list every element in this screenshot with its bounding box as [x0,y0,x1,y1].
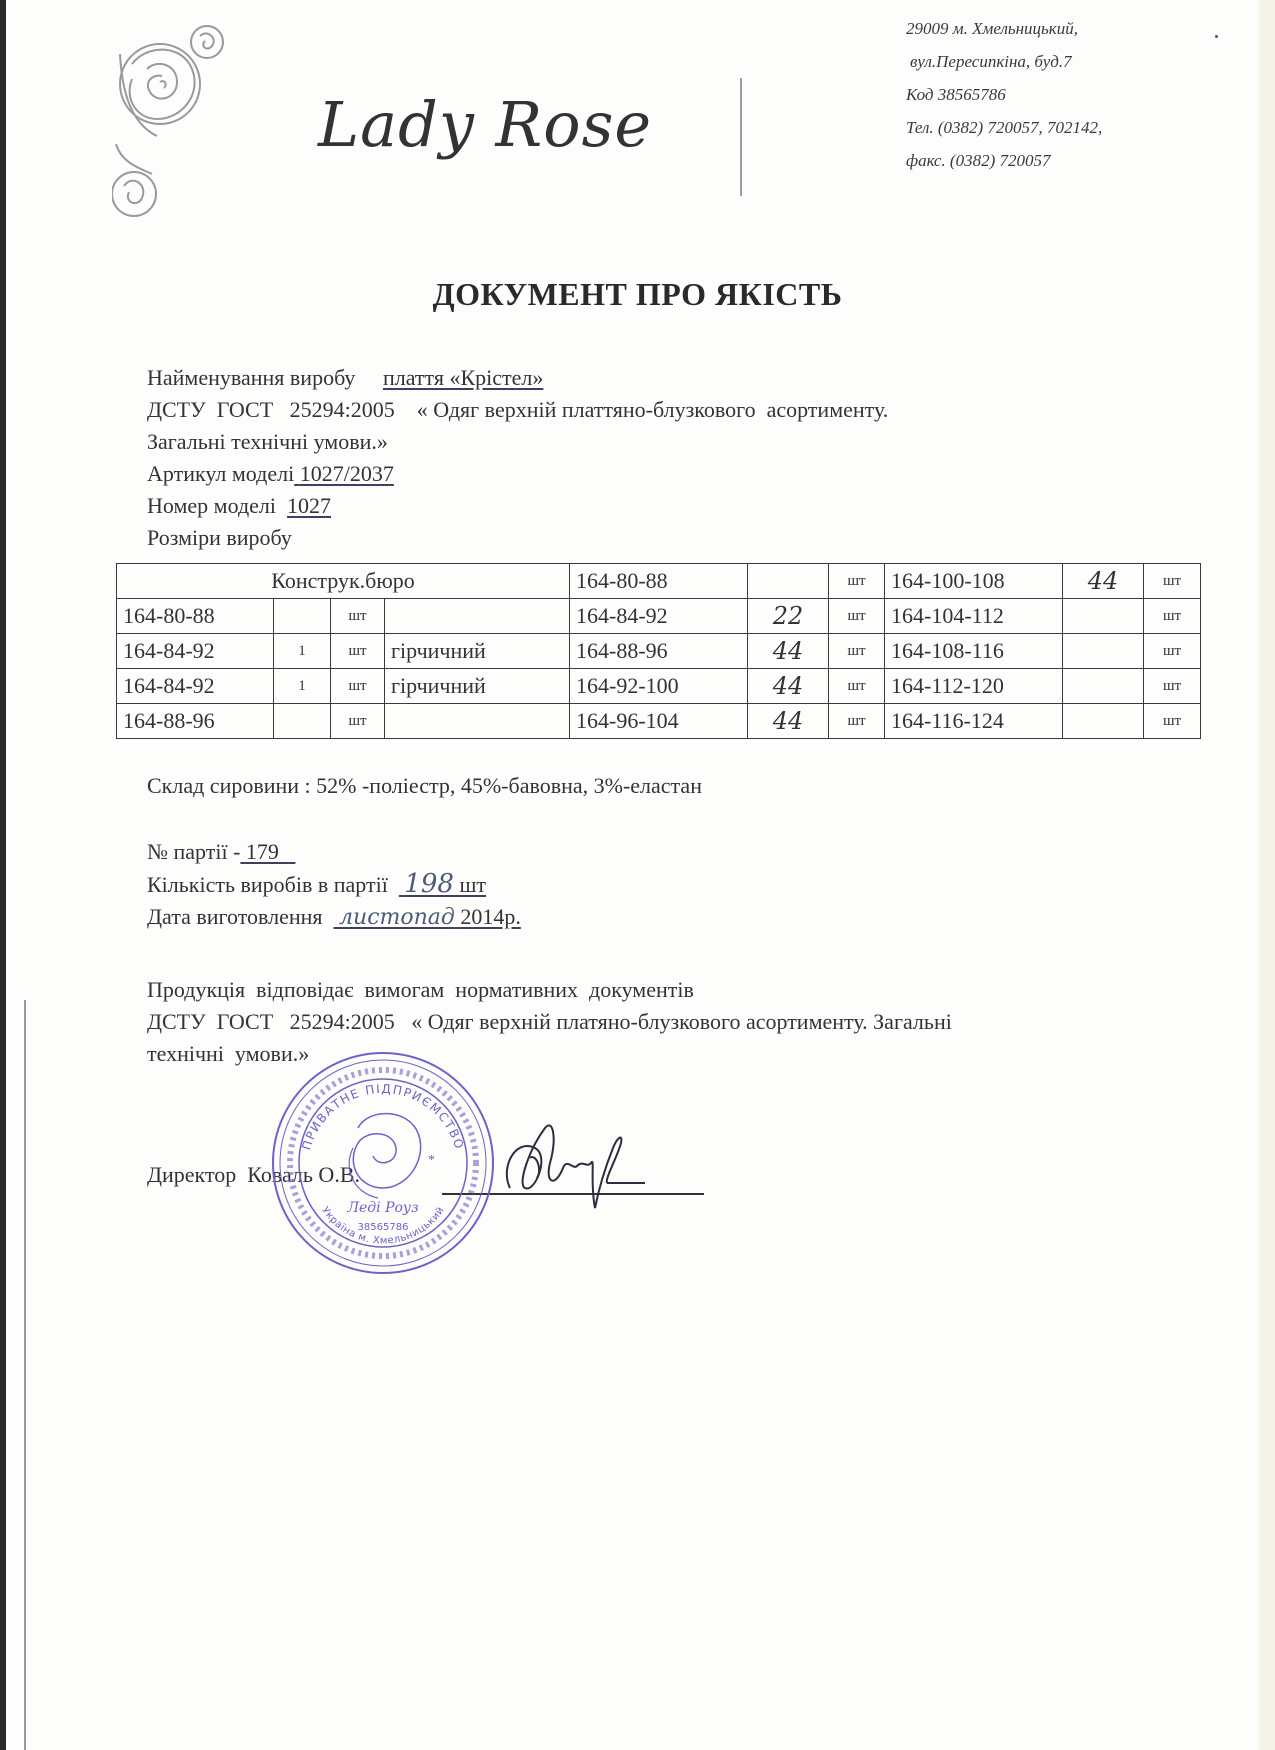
compliance-line-2: ДСТУ ГОСТ 25294:2005 « Одяг верхній плат… [147,1006,952,1038]
table-row: 164-88-96шт164-96-10444шт164-116-124шт [117,704,1201,739]
quantity-cell [1063,669,1144,704]
company-stamp: ПРИВАТНЕ ПІДПРИЄМСТВО Леді Роуз 38565786… [268,1048,498,1278]
company-logo: Lady Rose [318,88,652,161]
manufacture-date-value: листопад 2014р. [334,904,521,929]
sizes-label: Розміри виробу [147,522,888,554]
standard-line-2: Загальні технічні умови.» [147,426,888,458]
quantity-cell: 44 [748,634,829,669]
model-number-label: Номер моделі [147,493,276,518]
address-line-1: 29009 м. Хмельницький, [906,12,1102,45]
size-cell: 164-116-124 [885,704,1063,739]
table-row: 164-84-921штгірчичний164-92-10044шт164-1… [117,669,1201,704]
table-row: 164-84-921штгірчичний164-88-9644шт164-10… [117,634,1201,669]
company-info: 29009 м. Хмельницький, вул.Пересипкіна, … [906,12,1102,177]
quantity-cell: 1 [274,634,331,669]
quantity-cell [1063,634,1144,669]
quantity-cell [1063,599,1144,634]
quantity-cell: 44 [748,669,829,704]
batch-count-row: Кількість виробів в партії 198 шт [147,868,521,901]
stamp-center-text: Леді Роуз [346,1200,418,1216]
quantity-cell [274,599,331,634]
unit-cell: шт [1144,669,1201,704]
size-cell: 164-100-108 [885,564,1063,599]
quantity-cell [1063,704,1144,739]
manufacture-date-label: Дата виготовлення [147,904,323,929]
scan-edge [0,0,6,1750]
quantity-cell: 22 [748,599,829,634]
quantity-cell [274,704,331,739]
product-name-label: Найменування виробу [147,365,355,390]
company-code: Код 38565786 [906,78,1102,111]
scan-edge-right [1259,0,1275,1750]
size-cell: 164-112-120 [885,669,1063,704]
table-row: Конструк.бюро164-80-88шт164-100-10844шт [117,564,1201,599]
size-cell: 164-80-88 [570,564,748,599]
batch-number-row: № партії - 179 [147,836,521,868]
model-number-value: 1027 [287,493,331,518]
size-cell: 164-96-104 [570,704,748,739]
batch-count-label: Кількість виробів в партії [147,872,388,897]
color-cell: гірчичний [385,669,570,704]
quantity-cell [748,564,829,599]
quantity-cell: 1 [274,669,331,704]
header-divider [740,78,742,196]
unit-cell: шт [829,564,885,599]
unit-cell: шт [331,634,385,669]
document-title: ДОКУМЕНТ ПРО ЯКІСТЬ [0,276,1275,313]
unit-cell: шт [1144,564,1201,599]
address-line-2: вул.Пересипкіна, буд.7 [906,45,1102,78]
unit-cell: шт [829,669,885,704]
product-info: Найменування виробу плаття «Крістел» ДСТ… [147,362,888,554]
unit-cell: шт [1144,704,1201,739]
table-row: 164-80-88шт164-84-9222шт164-104-112шт [117,599,1201,634]
unit-cell: шт [829,599,885,634]
signatory-position: Директор [147,1162,236,1187]
size-cell: 164-88-96 [117,704,274,739]
batch-number-value: 179 [240,839,295,864]
size-cell: 164-108-116 [885,634,1063,669]
size-cell: 164-84-92 [117,634,274,669]
color-cell [385,599,570,634]
unit-cell: шт [331,704,385,739]
unit-cell: шт [331,669,385,704]
stamp-code: 38565786 [358,1222,409,1233]
quantity-cell: 44 [1063,564,1144,599]
unit-cell: шт [1144,634,1201,669]
article-row: Артикул моделі 1027/2037 [147,458,888,490]
product-name-row: Найменування виробу плаття «Крістел» [147,362,888,394]
company-fax: факс. (0382) 720057 [906,144,1102,177]
handwritten-signature-icon [495,1108,655,1218]
compliance-line-1: Продукція відповідає вимогам нормативних… [147,974,952,1006]
batch-count-value: 198 шт [399,872,486,897]
svg-text:*: * [428,1153,435,1168]
rose-ornament-icon [112,24,232,244]
size-cell: 164-84-92 [570,599,748,634]
article-label: Артикул моделі [147,461,294,486]
product-name-value: плаття «Крістел» [383,365,543,390]
model-number-row: Номер моделі 1027 [147,490,888,522]
standard-line-1: ДСТУ ГОСТ 25294:2005 « Одяг верхній плат… [147,394,888,426]
unit-cell: шт [331,599,385,634]
color-cell: гірчичний [385,634,570,669]
company-phone: Тел. (0382) 720057, 702142, [906,111,1102,144]
size-cell: 164-92-100 [570,669,748,704]
unit-cell: шт [829,704,885,739]
unit-cell: шт [1144,599,1201,634]
batch-number-label: № партії - [147,839,240,864]
size-table: Конструк.бюро164-80-88шт164-100-10844шт1… [116,563,1201,739]
article-value: 1027/2037 [294,461,394,486]
color-cell [385,704,570,739]
scan-edge-line [24,1000,26,1750]
size-cell: 164-84-92 [117,669,274,704]
unit-cell: шт [829,634,885,669]
size-cell: 164-104-112 [885,599,1063,634]
batch-info: № партії - 179 Кількість виробів в парті… [147,836,521,934]
design-bureau-header: Конструк.бюро [117,564,570,599]
composition: Склад сировини : 52% -поліестр, 45%-баво… [147,770,702,802]
size-cell: 164-88-96 [570,634,748,669]
size-cell: 164-80-88 [117,599,274,634]
manufacture-date-row: Дата виготовлення листопад 2014р. [147,901,521,934]
quantity-cell: 44 [748,704,829,739]
scan-speck [1215,35,1218,38]
